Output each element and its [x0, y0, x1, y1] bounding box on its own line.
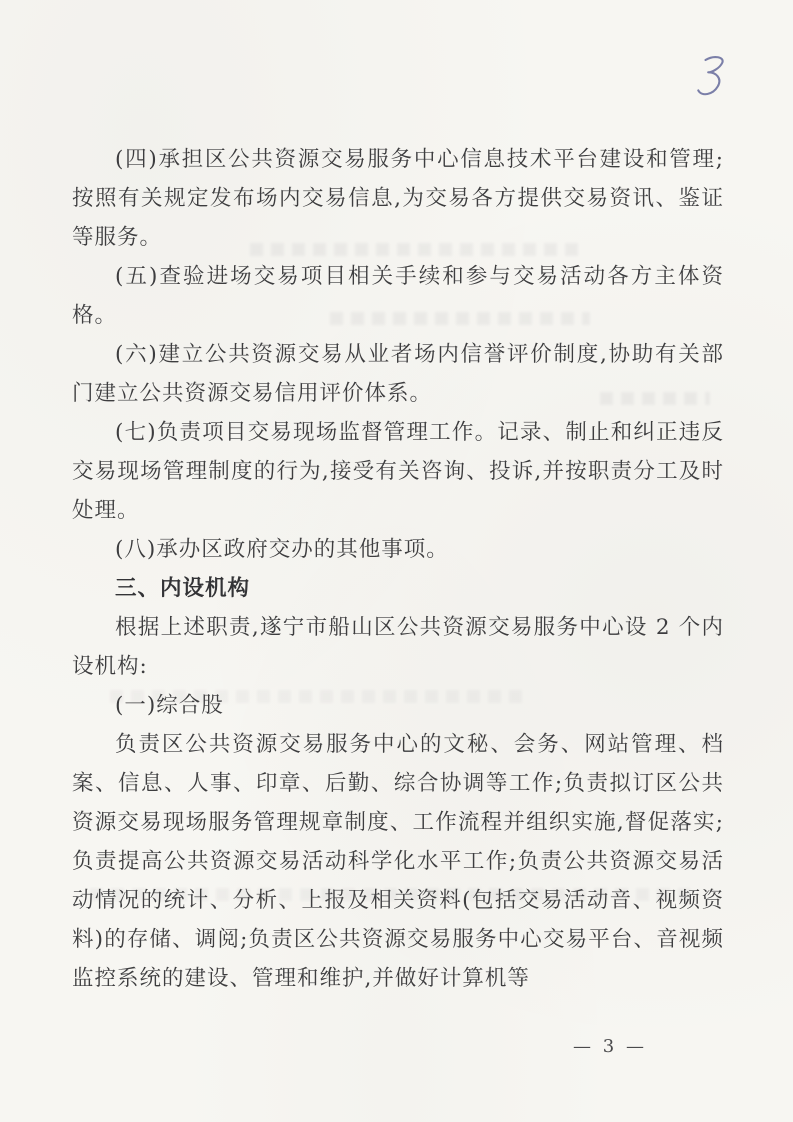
paragraph-duty-8: (八)承办区政府交办的其他事项。	[72, 530, 724, 569]
page-number: — 3 —	[560, 1036, 660, 1057]
paragraph-duty-6: (六)建立公共资源交易从业者场内信誉评价制度,协助有关部门建立公共资源交易信用评…	[72, 335, 724, 413]
paragraph-duty-5: (五)查验进场交易项目相关手续和参与交易活动各方主体资格。	[72, 257, 724, 335]
handwritten-3-glyph	[690, 50, 738, 114]
document-page: (四)承担区公共资源交易服务中心信息技术平台建设和管理;按照有关规定发布场内交易…	[0, 0, 793, 1122]
paragraph-general-section-duties: 负责区公共资源交易服务中心的文秘、会务、网站管理、档案、信息、人事、印章、后勤、…	[72, 725, 724, 998]
paragraph-duty-4: (四)承担区公共资源交易服务中心信息技术平台建设和管理;按照有关规定发布场内交易…	[72, 140, 724, 257]
paragraph-duty-7: (七)负责项目交易现场监督管理工作。记录、制止和纠正违反交易现场管理制度的行为,…	[72, 413, 724, 530]
section-heading-internal-structure: 三、内设机构	[72, 569, 724, 608]
subsection-heading-general-section: (一)综合股	[72, 686, 724, 725]
scanned-document-page: { "page": { "handwritten_mark": "3", "fo…	[0, 0, 793, 1122]
document-body: (四)承担区公共资源交易服务中心信息技术平台建设和管理;按照有关规定发布场内交易…	[72, 140, 724, 998]
paragraph-structure-intro: 根据上述职责,遂宁市船山区公共资源交易服务中心设 2 个内设机构:	[72, 608, 724, 686]
handwritten-page-mark	[690, 50, 738, 118]
